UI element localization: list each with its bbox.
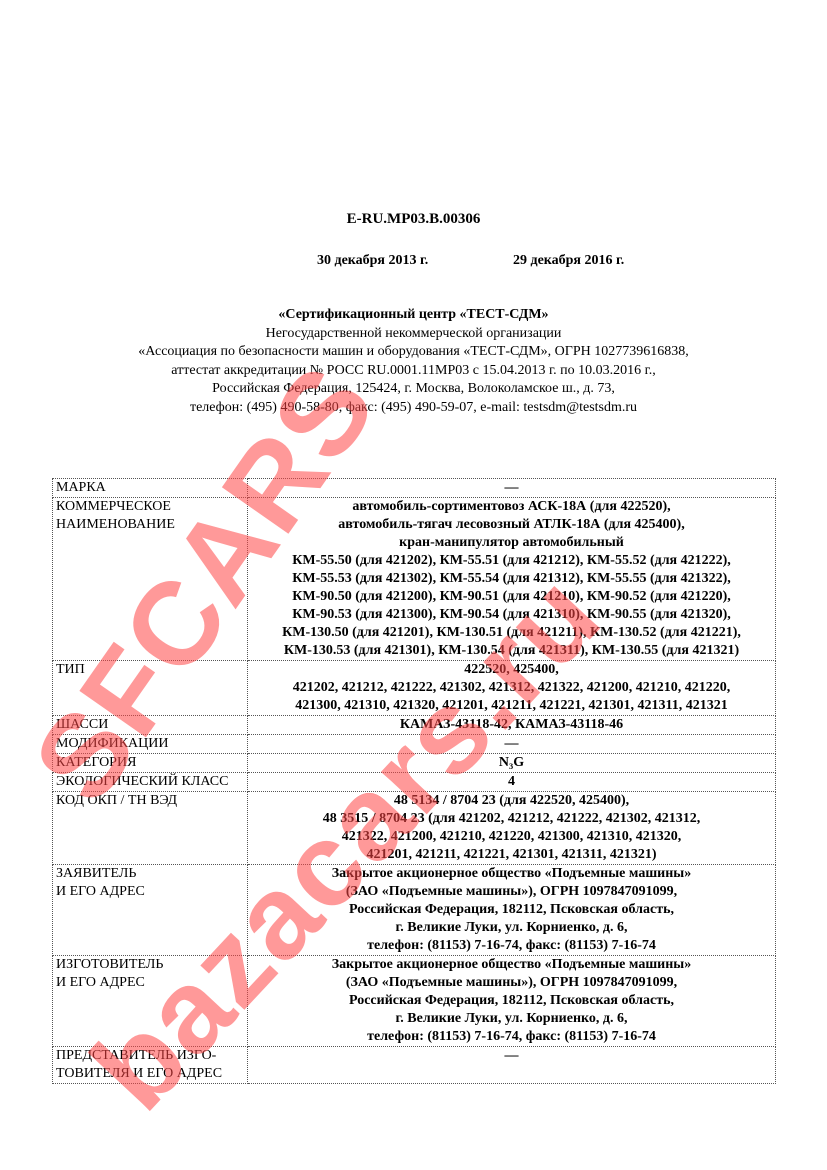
row-value-line: КАМАЗ-43118-42, КАМАЗ-43118-46 <box>251 716 772 734</box>
specification-table: МАРКА—КОММЕРЧЕСКОЕНАИМЕНОВАНИЕавтомобиль… <box>52 478 776 1084</box>
row-label: ЭКОЛОГИЧЕСКИЙ КЛАСС <box>53 773 248 792</box>
certification-body-line: «Ассоциация по безопасности машин и обор… <box>0 343 827 362</box>
row-label-line: МОДИФИКАЦИИ <box>56 735 244 753</box>
row-label: ИЗГОТОВИТЕЛЬИ ЕГО АДРЕС <box>53 956 248 1047</box>
row-value-line: Закрытое акционерное общество «Подъемные… <box>251 865 772 883</box>
table-row: КОММЕРЧЕСКОЕНАИМЕНОВАНИЕавтомобиль-сорти… <box>53 498 776 661</box>
row-value-line: — <box>251 1047 772 1065</box>
row-label-line: ШАССИ <box>56 716 244 734</box>
row-label: ТИП <box>53 661 248 716</box>
row-label: МАРКА <box>53 479 248 498</box>
row-label: КОД ОКП / ТН ВЭД <box>53 792 248 865</box>
certificate-number: E-RU.MP03.B.00306 <box>0 211 827 228</box>
table-row: ШАССИКАМАЗ-43118-42, КАМАЗ-43118-46 <box>53 716 776 735</box>
row-value-line: автомобиль-тягач лесовозный АТЛК-18А (дл… <box>251 516 772 534</box>
row-value-line: 421202, 421212, 421222, 421302, 421312, … <box>251 679 772 697</box>
row-value: 422520, 425400,421202, 421212, 421222, 4… <box>248 661 776 716</box>
row-label-line: КОД ОКП / ТН ВЭД <box>56 792 244 810</box>
row-value-line: КМ-130.50 (для 421201), КМ-130.51 (для 4… <box>251 624 772 642</box>
row-value-line: 422520, 425400, <box>251 661 772 679</box>
row-value-line: Закрытое акционерное общество «Подъемные… <box>251 956 772 974</box>
row-value-line: г. Великие Луки, ул. Корниенко, д. 6, <box>251 919 772 937</box>
row-value-line: КМ-55.53 (для 421302), КМ-55.54 (для 421… <box>251 570 772 588</box>
row-value-line: N₃G <box>251 754 772 772</box>
certification-body-line: аттестат аккредитации № РОСС RU.0001.11М… <box>0 362 827 381</box>
certification-body-line: телефон: (495) 490-58-80, факс: (495) 49… <box>0 399 827 418</box>
row-label-line: ИЗГОТОВИТЕЛЬ <box>56 956 244 974</box>
row-value-line: КМ-55.50 (для 421202), КМ-55.51 (для 421… <box>251 552 772 570</box>
row-label-line: И ЕГО АДРЕС <box>56 974 244 992</box>
row-value-line: 421201, 421211, 421221, 421301, 421311, … <box>251 846 772 864</box>
row-label-line: ЭКОЛОГИЧЕСКИЙ КЛАСС <box>56 773 244 791</box>
row-label-line: КОММЕРЧЕСКОЕ <box>56 498 244 516</box>
row-value: 48 5134 / 8704 23 (для 422520, 425400),4… <box>248 792 776 865</box>
table-row: ЭКОЛОГИЧЕСКИЙ КЛАСС4 <box>53 773 776 792</box>
row-label-line: ТИП <box>56 661 244 679</box>
row-label-line: ТОВИТЕЛЯ И ЕГО АДРЕС <box>56 1065 244 1083</box>
row-label-line: КАТЕГОРИЯ <box>56 754 244 772</box>
row-label: ЗАЯВИТЕЛЬИ ЕГО АДРЕС <box>53 865 248 956</box>
table-row: ИЗГОТОВИТЕЛЬИ ЕГО АДРЕСЗакрытое акционер… <box>53 956 776 1047</box>
row-value: КАМАЗ-43118-42, КАМАЗ-43118-46 <box>248 716 776 735</box>
row-value-line: телефон: (81153) 7-16-74, факс: (81153) … <box>251 1028 772 1046</box>
row-value-line: 4 <box>251 773 772 791</box>
row-value-line: Российская Федерация, 182112, Псковская … <box>251 901 772 919</box>
row-value: — <box>248 1047 776 1084</box>
table-row: ЗАЯВИТЕЛЬИ ЕГО АДРЕСЗакрытое акционерное… <box>53 865 776 956</box>
row-label-line: ПРЕДСТАВИТЕЛЬ ИЗГО- <box>56 1047 244 1065</box>
row-value-line: 421300, 421310, 421320, 421201, 421211, … <box>251 697 772 715</box>
table-row: ТИП422520, 425400,421202, 421212, 421222… <box>53 661 776 716</box>
certification-body: «Сертификационный центр «ТЕСТ-СДМ» Негос… <box>0 306 827 418</box>
table-row: МАРКА— <box>53 479 776 498</box>
certification-body-name: «Сертификационный центр «ТЕСТ-СДМ» <box>0 306 827 325</box>
row-value-line: Российская Федерация, 182112, Псковская … <box>251 992 772 1010</box>
table-row: МОДИФИКАЦИИ— <box>53 735 776 754</box>
row-value-line: 48 5134 / 8704 23 (для 422520, 425400), <box>251 792 772 810</box>
row-label: ПРЕДСТАВИТЕЛЬ ИЗГО-ТОВИТЕЛЯ И ЕГО АДРЕС <box>53 1047 248 1084</box>
certification-body-line: Российская Федерация, 125424, г. Москва,… <box>0 380 827 399</box>
row-label: МОДИФИКАЦИИ <box>53 735 248 754</box>
row-value: Закрытое акционерное общество «Подъемные… <box>248 956 776 1047</box>
row-value-line: кран-манипулятор автомобильный <box>251 534 772 552</box>
row-value-line: КМ-90.50 (для 421200), КМ-90.51 (для 421… <box>251 588 772 606</box>
date-from: 30 декабря 2013 г. <box>317 253 428 269</box>
row-value-line: 421322, 421200, 421210, 421220, 421300, … <box>251 828 772 846</box>
row-value-line: (ЗАО «Подъемные машины»), ОГРН 109784709… <box>251 883 772 901</box>
row-value: автомобиль-сортиментовоз АСК-18А (для 42… <box>248 498 776 661</box>
table-row: КАТЕГОРИЯN₃G <box>53 754 776 773</box>
date-to: 29 декабря 2016 г. <box>513 253 624 269</box>
row-value-line: телефон: (81153) 7-16-74, факс: (81153) … <box>251 937 772 955</box>
row-label-line: И ЕГО АДРЕС <box>56 883 244 901</box>
row-value-line: г. Великие Луки, ул. Корниенко, д. 6, <box>251 1010 772 1028</box>
row-label-line: ЗАЯВИТЕЛЬ <box>56 865 244 883</box>
row-label: ШАССИ <box>53 716 248 735</box>
row-value: Закрытое акционерное общество «Подъемные… <box>248 865 776 956</box>
row-value: N₃G <box>248 754 776 773</box>
row-value-line: 48 3515 / 8704 23 (для 421202, 421212, 4… <box>251 810 772 828</box>
row-value-line: — <box>251 479 772 497</box>
row-value: — <box>248 735 776 754</box>
row-value-line: КМ-130.53 (для 421301), КМ-130.54 (для 4… <box>251 642 772 660</box>
certification-body-line: Негосударственной некоммерческой организ… <box>0 325 827 344</box>
row-value: — <box>248 479 776 498</box>
row-label-line: МАРКА <box>56 479 244 497</box>
row-value: 4 <box>248 773 776 792</box>
table-row: КОД ОКП / ТН ВЭД48 5134 / 8704 23 (для 4… <box>53 792 776 865</box>
row-value-line: КМ-90.53 (для 421300), КМ-90.54 (для 421… <box>251 606 772 624</box>
row-value-line: автомобиль-сортиментовоз АСК-18А (для 42… <box>251 498 772 516</box>
row-value-line: (ЗАО «Подъемные машины»), ОГРН 109784709… <box>251 974 772 992</box>
row-label: КОММЕРЧЕСКОЕНАИМЕНОВАНИЕ <box>53 498 248 661</box>
table-row: ПРЕДСТАВИТЕЛЬ ИЗГО-ТОВИТЕЛЯ И ЕГО АДРЕС— <box>53 1047 776 1084</box>
row-label-line: НАИМЕНОВАНИЕ <box>56 516 244 534</box>
row-value-line: — <box>251 735 772 753</box>
row-label: КАТЕГОРИЯ <box>53 754 248 773</box>
